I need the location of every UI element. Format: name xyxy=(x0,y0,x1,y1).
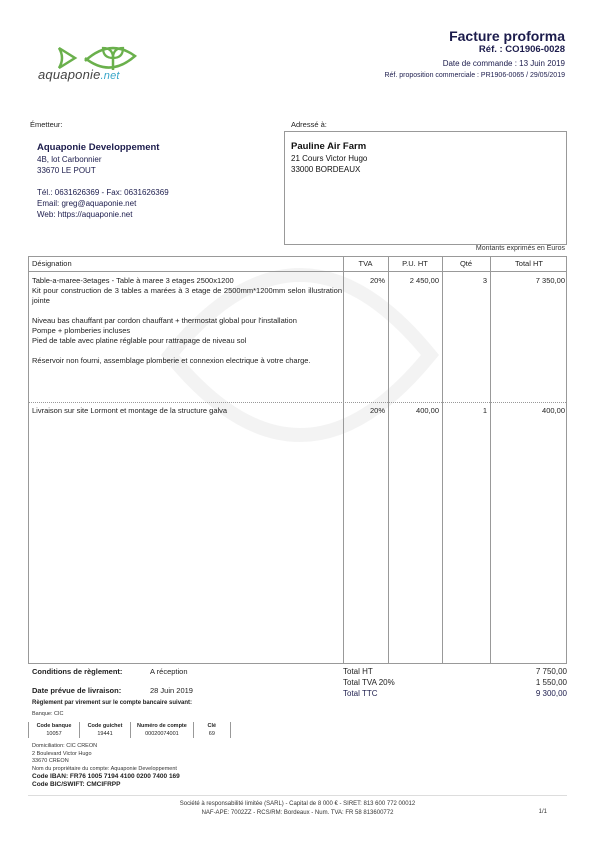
table-row-2-qty: 1 xyxy=(442,406,487,415)
issuer-phone: Tél.: 0631626369 - Fax: 0631626369 xyxy=(37,187,169,198)
issuer-name: Aquaponie Developpement xyxy=(37,142,169,153)
order-date: Date de commande : 13 Juin 2019 xyxy=(443,59,565,68)
payment-terms-label: Conditions de règlement: xyxy=(32,667,122,676)
table-row-2-total: 400,00 xyxy=(490,406,565,415)
table-row-2-pu: 400,00 xyxy=(388,406,439,415)
account-key: Clé69 xyxy=(193,722,231,738)
issuer-email: Email: greg@aquaponie.net xyxy=(37,198,169,209)
footer-legal: Société à responsabilité limitée (SARL) … xyxy=(0,800,595,818)
bank-code: Code banque10057 xyxy=(28,722,79,738)
recipient-name: Pauline Air Farm xyxy=(291,141,367,152)
col-total: Total HT xyxy=(490,259,568,268)
total-ttc-label: Total TTC xyxy=(343,688,378,699)
delivery-date-label: Date prévue de livraison: xyxy=(32,686,121,695)
table-row-1-designation: Table-a-maree-3etages - Table à maree 3 … xyxy=(32,276,342,366)
bank-domiciliation: Domiciliation: CIC CREON 2 Boulevard Vic… xyxy=(32,743,177,773)
line-items-table: Désignation TVA P.U. HT Qté Total HT Tab… xyxy=(28,256,567,664)
proposal-ref: Réf. proposition commerciale : PR1906-00… xyxy=(384,72,565,79)
brand-wordmark: aquaponie.net xyxy=(38,67,120,82)
table-row-1-qty: 3 xyxy=(442,276,487,285)
totals-block: Total HT7 750,00 Total TVA 20%1 550,00 T… xyxy=(343,666,567,699)
total-ht-value: 7 750,00 xyxy=(536,666,567,677)
account-number: Numéro de compte00020074001 xyxy=(130,722,193,738)
issuer-web: Web: https://aquaponie.net xyxy=(37,209,169,220)
footer-divider xyxy=(28,795,567,796)
bank-name: Banque: CIC xyxy=(32,711,64,717)
issuer-label: Émetteur: xyxy=(30,120,63,129)
total-tva-value: 1 550,00 xyxy=(536,677,567,688)
invoice-ref: Réf. : CO1906-0028 xyxy=(479,44,565,55)
table-row-1-total: 7 350,00 xyxy=(490,276,565,285)
branch-code: Code guichet19441 xyxy=(79,722,130,738)
issuer-block: Aquaponie Developpement 4B, lot Carbonni… xyxy=(37,142,169,220)
col-designation: Désignation xyxy=(32,259,72,268)
page-number: 1/1 xyxy=(539,809,547,815)
table-row-2-tva: 20% xyxy=(343,406,385,415)
delivery-date-value: 28 Juin 2019 xyxy=(150,686,193,695)
document-title: Facture proforma xyxy=(449,28,565,44)
col-tva: TVA xyxy=(343,259,388,268)
table-row-2-designation: Livraison sur site Lormont et montage de… xyxy=(32,406,342,416)
recipient-block: Pauline Air Farm 21 Cours Victor Hugo 33… xyxy=(291,141,367,175)
col-qty: Qté xyxy=(442,259,490,268)
total-ttc-value: 9 300,00 xyxy=(536,688,567,699)
bank-transfer-label: Règlement par virement sur le compte ban… xyxy=(32,700,192,706)
bic: Code BIC/SWIFT: CMCIFRPP xyxy=(32,781,180,789)
total-tva-label: Total TVA 20% xyxy=(343,677,395,688)
table-row-1-tva: 20% xyxy=(343,276,385,285)
payment-terms-value: A réception xyxy=(150,667,188,676)
iban: Code IBAN: FR76 1005 7194 4100 0200 7400… xyxy=(32,773,180,781)
bank-details-table: Code banque10057 Code guichet19441 Numér… xyxy=(28,722,231,738)
issuer-address-1: 4B, lot Carbonnier xyxy=(37,154,169,165)
bank-codes: Code IBAN: FR76 1005 7194 4100 0200 7400… xyxy=(32,773,180,789)
recipient-label: Adressé à: xyxy=(291,120,327,129)
currency-note: Montants exprimés en Euros xyxy=(476,245,565,252)
recipient-address-1: 21 Cours Victor Hugo xyxy=(291,153,367,164)
issuer-address-2: 33670 LE POUT xyxy=(37,165,169,176)
table-row-1-pu: 2 450,00 xyxy=(388,276,439,285)
total-ht-label: Total HT xyxy=(343,666,373,677)
col-pu: P.U. HT xyxy=(388,259,442,268)
recipient-address-2: 33000 BORDEAUX xyxy=(291,164,367,175)
